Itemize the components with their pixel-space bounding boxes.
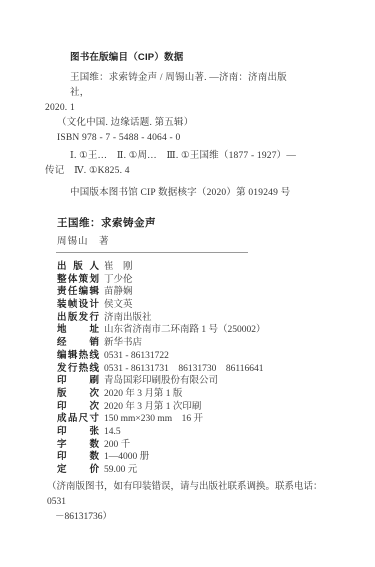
cip-entry-line-2: 2020. 1 — [45, 101, 297, 116]
colophon-row-impression: 印次 2020 年 3 月第 1 次印刷 — [57, 398, 342, 411]
colophon-row-size: 成品尺寸 150 mm×230 mm 16 开 — [57, 410, 342, 423]
colophon-value: 59.00 元 — [104, 461, 137, 475]
book-author: 周锡山 著 — [57, 233, 110, 247]
colophon-row-publisher: 出版发行 济南出版社 — [57, 309, 342, 322]
book-title: 王国维：求索铸金声 — [57, 215, 156, 230]
cip-registry-line: 中国版本图书馆 CIP 数据核字（2020）第 019249 号 — [45, 186, 297, 201]
colophon-row-word-count: 字数 200 千 — [57, 436, 342, 449]
divider-rule — [56, 252, 248, 253]
colophon-table: 出版人 崔 刚 整体策划 丁少伦 责任编辑 苗静娴 装帧设计 侯文英 出版发行 … — [57, 258, 342, 474]
copyright-page: 图书在版编目（CIP）数据 王国维：求索铸金声 / 周锡山著. —济南：济南出版… — [0, 0, 375, 567]
cip-series-line: （文化中国. 边缘话题. 第五辑） — [45, 116, 297, 131]
colophon-value: 150 mm×230 mm 16 开 — [104, 410, 203, 424]
reprint-note-line-2: －86131736） — [47, 510, 339, 525]
cip-header: 图书在版编目（CIP）数据 — [45, 50, 297, 65]
colophon-row-printer: 印刷 青岛国彩印刷股份有限公司 — [57, 372, 342, 385]
colophon-row-editor: 责任编辑 苗静娴 — [57, 283, 342, 296]
colophon-row-print-run: 印数 1—4000 册 — [57, 448, 342, 461]
colophon-value: 新华书店 — [104, 334, 142, 348]
cip-classification-line-2: 传记 Ⅳ. ①K825. 4 — [45, 164, 297, 179]
colophon-row-publisher-person: 出版人 崔 刚 — [57, 258, 342, 271]
reprint-note: （济南版图书，如有印装错误，请与出版社联系调换。联系电话：0531 －86131… — [47, 480, 339, 525]
cip-entry-line-1: 王国维：求索铸金声 / 周锡山著. —济南：济南出版社， — [45, 71, 297, 101]
cip-isbn-line: ISBN 978 - 7 - 5488 - 4064 - 0 — [45, 131, 297, 146]
colophon-row-sheets: 印张 14.5 — [57, 423, 342, 436]
colophon-label: 定价 — [57, 461, 99, 475]
colophon-row-distribution: 经销 新华书店 — [57, 334, 342, 347]
cip-block: 图书在版编目（CIP）数据 王国维：求索铸金声 / 周锡山著. —济南：济南出版… — [45, 50, 297, 201]
colophon-row-design: 装帧设计 侯文英 — [57, 296, 342, 309]
cip-classification-line-1: Ⅰ. ①王… Ⅱ. ①周… Ⅲ. ①王国维（1877 - 1927）— — [45, 149, 297, 164]
colophon-row-sales-hotline: 发行热线 0531 - 86131731 86131730 86116641 — [57, 360, 342, 373]
colophon-row-price: 定价 59.00 元 — [57, 461, 342, 474]
colophon-row-planning: 整体策划 丁少伦 — [57, 271, 342, 284]
colophon-row-address: 地址 山东省济南市二环南路 1 号（250002） — [57, 321, 342, 334]
reprint-note-line-1: （济南版图书，如有印装错误，请与出版社联系调换。联系电话：0531 — [47, 480, 339, 510]
colophon-row-editorial-hotline: 编辑热线 0531 - 86131722 — [57, 347, 342, 360]
colophon-row-edition: 版次 2020 年 3 月第 1 版 — [57, 385, 342, 398]
